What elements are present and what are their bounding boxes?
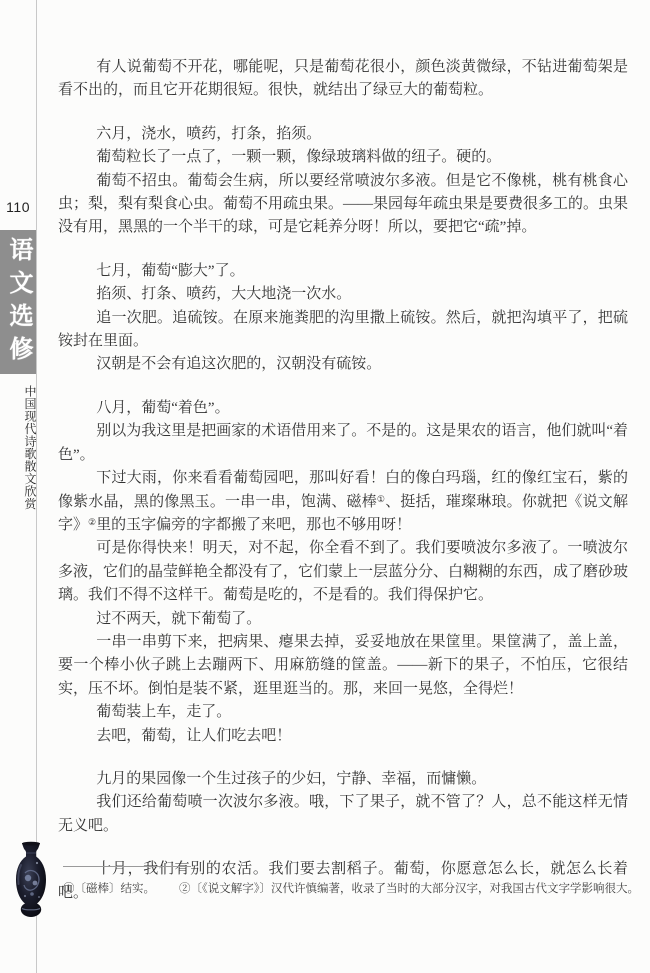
footnote-list: ①〔磁棒〕结实。②〔《说文解字》〕汉代许慎编著，收录了当时的大部分汉字，对我国古…	[63, 882, 636, 896]
paragraph: 有人说葡萄不开花，哪能呢，只是葡萄花很小，颜色淡黄微绿，不钻进葡萄架是看不出的，…	[58, 56, 628, 103]
paragraph: 掐须、打条、喷药，大大地浇一次水。	[58, 283, 628, 306]
vase-flower-decor	[30, 892, 34, 896]
paragraph: 葡萄粒长了一点了，一颗一颗，像绿玻璃料做的纽子。硬的。	[58, 146, 628, 169]
paragraph: 下过大雨，你来看看葡萄园吧，那叫好看！白的像白玛瑙，红的像红宝石，紫的像紫水晶，…	[58, 467, 628, 537]
month-section: 九月的果园像一个生过孩子的少妇，宁静、幸福，而慵懒。我们还给葡萄喷一次波尔多液。…	[58, 768, 628, 838]
footnote-marker: ①	[377, 494, 385, 504]
month-section: 七月，葡萄“膨大”了。掐须、打条、喷药，大大地浇一次水。追一次肥。追硫铵。在原来…	[58, 260, 628, 377]
footnotes: ①〔磁棒〕结实。②〔《说文解字》〕汉代许慎编著，收录了当时的大部分汉字，对我国古…	[58, 866, 636, 896]
series-title: 中国现代诗歌散文欣赏	[23, 385, 37, 510]
vase-speckle	[38, 896, 40, 898]
footnote-item: ①〔磁棒〕结实。	[63, 882, 155, 896]
month-section: 有人说葡萄不开花，哪能呢，只是葡萄花很小，颜色淡黄微绿，不钻进葡萄架是看不出的，…	[58, 56, 628, 103]
paragraph: 葡萄装上车，走了。	[58, 701, 628, 724]
paragraph: 过不两天，就下葡萄了。	[58, 608, 628, 631]
vase-silhouette	[16, 843, 46, 917]
vase-flower-decor	[33, 881, 38, 886]
article-body: 有人说葡萄不开花，哪能呢，只是葡萄花很小，颜色淡黄微绿，不钻进葡萄架是看不出的，…	[58, 56, 628, 905]
spine-banner: 语文选修	[0, 230, 36, 374]
month-section: 六月，浇水，喷药，打条，掐须。葡萄粒长了一点了，一颗一颗，像绿玻璃料做的纽子。硬…	[58, 123, 628, 240]
footnote-separator	[63, 866, 191, 867]
spine-title: 语文选修	[0, 237, 36, 369]
month-section: 八月，葡萄“着色”。别以为我这里是把画家的术语借用来了。不是的。这是果农的语言，…	[58, 397, 628, 748]
footnote-item: ②〔《说文解字》〕汉代许慎编著，收录了当时的大部分汉字，对我国古代文字学影响很大…	[179, 882, 639, 896]
paragraph: 我们还给葡萄喷一次波尔多液。哦，下了果子，就不管了？人，总不能这样无情无义吧。	[58, 791, 628, 838]
paragraph: 葡萄不招虫。葡萄会生病，所以要经常喷波尔多液。但是它不像桃，桃有桃食心虫；梨，梨…	[58, 170, 628, 240]
vase-flower-decor	[25, 875, 31, 881]
footnote-marker: ②	[88, 517, 96, 527]
page-number: 110	[0, 199, 30, 215]
vase-mouth	[22, 842, 40, 846]
paragraph: 八月，葡萄“着色”。	[58, 397, 628, 420]
paragraph: 九月的果园像一个生过孩子的少妇，宁静、幸福，而慵懒。	[58, 768, 628, 791]
paragraph: 一串一串剪下来，把病果、瘪果去掉，妥妥地放在果筐里。果筐满了，盖上盖，要一个棒小…	[58, 631, 628, 701]
paragraph: 别以为我这里是把画家的术语借用来了。不是的。这是果农的语言，他们就叫“着色”。	[58, 420, 628, 467]
paragraph: 去吧，葡萄，让人们吃去吧！	[58, 725, 628, 748]
vase-speckle	[24, 895, 26, 897]
paragraph: 追一次肥。追硫铵。在原来施粪肥的沟里撒上硫铵。然后，就把沟填平了，把硫铵封在里面…	[58, 307, 628, 354]
porcelain-vase-photo	[12, 841, 50, 920]
vase-illustration	[12, 841, 50, 920]
paragraph: 汉朝是不会有追这次肥的，汉朝没有硫铵。	[58, 353, 628, 376]
book-page: 110 语文选修 中国现代诗歌散文欣赏 有人说葡萄不开花，哪能呢，只是葡萄花很小…	[0, 0, 650, 973]
paragraph: 六月，浇水，喷药，打条，掐须。	[58, 123, 628, 146]
paragraph: 七月，葡萄“膨大”了。	[58, 260, 628, 283]
vase-speckle	[36, 862, 38, 864]
paragraph: 可是你得快来！明天，对不起，你全看不到了。我们要喷波尔多液了。一喷波尔多液，它们…	[58, 537, 628, 607]
